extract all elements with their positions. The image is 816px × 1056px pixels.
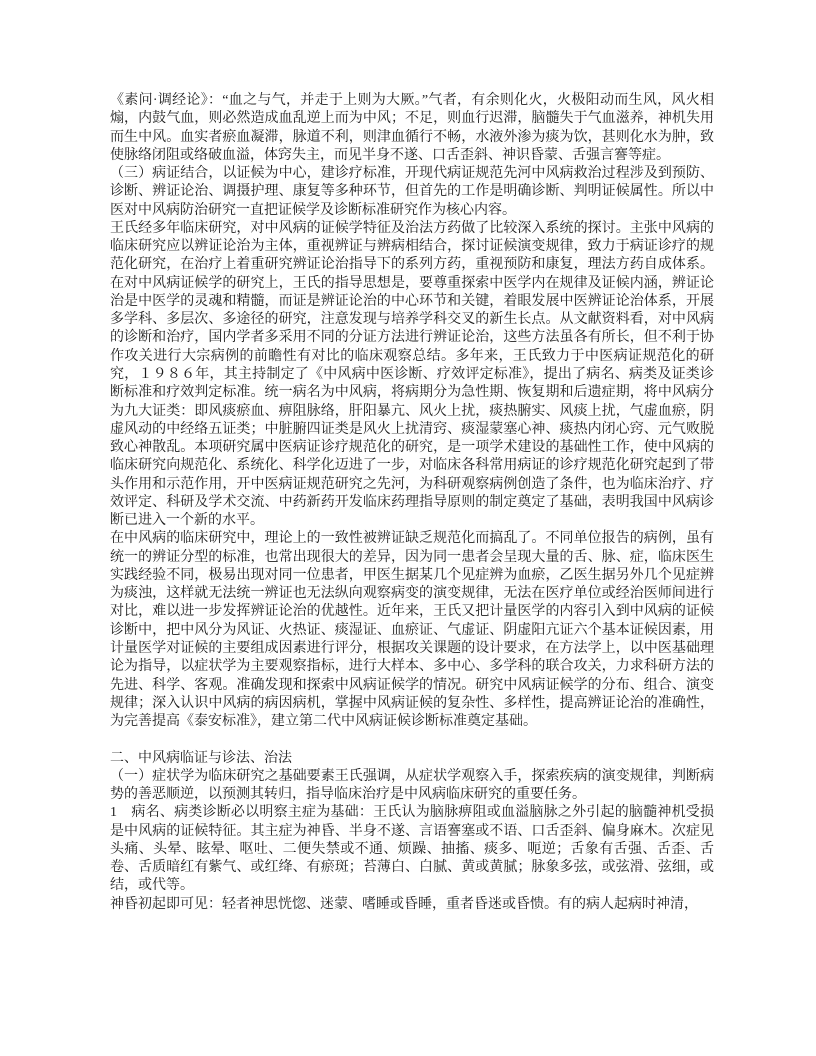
para-wangshi-clinical-research: 王氏经多年临床研究，对中风病的证候学特征及治法方药做了比较深入系统的探讨。主张中…: [110, 220, 714, 531]
para-main-symptoms: 1 病名、病类诊断必以明察主症为基础：王氏认为脑脉痹阻或血溢脑脉之外引起的脑髓神…: [110, 804, 714, 895]
para-bingzheng-jiehe: （三）病证结合，以证候为中心，建诊疗标准，开现代病证规范先河中风病救治过程涉及到…: [110, 165, 714, 220]
para-symptomatology-basis: （一）症状学为临床研究之基础要素王氏强调，从症状学观察入手，探索疾病的演变规律，…: [110, 768, 714, 805]
section-heading: 二、中风病临证与诊法、治法: [110, 750, 714, 768]
text-block: 《素问·调经论》：“血之与气，并走于上则为大厥。”气者，有余则化火，火极阳动而生…: [110, 92, 714, 914]
para-shenhun-onset: 神昏初起即可见：轻者神思恍惚、迷蒙、嗜睡或昏睡，重者昏迷或昏愦。有的病人起病时神…: [110, 896, 714, 914]
para-standardization-problems: 在中风病的临床研究中，理论上的一致性被辨证缺乏规范化而搞乱了。不同单位报告的病例…: [110, 530, 714, 731]
para-suwen-quote: 《素问·调经论》：“血之与气，并走于上则为大厥。”气者，有余则化火，火极阳动而生…: [110, 92, 714, 165]
document-page: 《素问·调经论》：“血之与气，并走于上则为大厥。”气者，有余则化火，火极阳动而生…: [0, 0, 816, 1056]
